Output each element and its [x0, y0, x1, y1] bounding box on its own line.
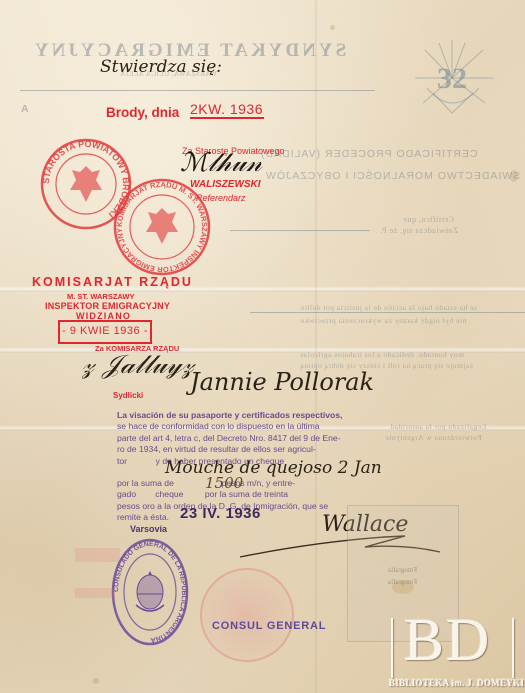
visa-line: parte del art 4, letra c, del Decreto Nr… [117, 433, 357, 444]
komisarjat-title: KOMISARJAT RZĄDU [32, 275, 193, 289]
svg-text:32: 32 [437, 62, 467, 95]
certificate-line-1: CERTIFICADO PROCEDER (VALIDAD) [260, 148, 477, 160]
faded-red-stamp [200, 568, 294, 662]
amount-handwritten: 1500 [205, 474, 243, 492]
mirrored-body-line: nie był nigdy karany za wykroczenia prze… [300, 316, 466, 325]
argentine-consulate-stamp: CONSULADO GENERAL DE LA REPUBLICA ARGENT… [110, 537, 190, 647]
komisarjat-signer: Sydlicki [113, 391, 143, 400]
argentine-coat-of-arms-icon: CONSULADO GENERAL DE LA REPUBLICA ARGENT… [110, 537, 190, 647]
sunburst-emblem-icon: 32 [405, 38, 500, 116]
komisarjat-city: M. ST. WARSZAWY [67, 292, 135, 301]
mirrored-body-line: se ha estado bajo la acción de la justic… [300, 303, 477, 312]
mirrored-body-line: Potwierdzono w Argentynie [385, 433, 482, 442]
visa-line: ro de 1934, en virtud de resultar de ell… [117, 444, 357, 455]
komisarjat-inspector: INSPEKTOR EMIGRACYJNY [45, 301, 170, 311]
mirrored-body-line: muy honrado, dedicado a los trabajos agr… [300, 350, 464, 359]
visa-line: La visación de su pasaporte y certificad… [117, 410, 357, 421]
komisarjat-signature: 𝓏 𝒥𝒶𝓁𝓁𝓊𝓎𝓏 [82, 350, 194, 381]
place-date: 2KW. 1936 [190, 101, 264, 119]
certificate-line-4: Zaświadcza się, że P. [380, 226, 458, 235]
consul-general-title: CONSUL GENERAL [212, 620, 326, 632]
body-rule [250, 312, 525, 313]
visa-date-stamp: 23 IV. 1936 [180, 505, 261, 522]
komisarjat-round-stamp: KOMISARJAT RZĄDU M. ST. WARSZAWY INSPEKT… [113, 178, 211, 276]
place-label: Brody, dnia [106, 105, 179, 120]
faded-red-bleed [75, 548, 120, 562]
visa-line: se hace de conformidad con lo dispuesto … [117, 421, 357, 432]
visa-handwritten-fill: Mouche de quejoso 2 Jan [165, 458, 382, 478]
faded-red-bleed [75, 588, 115, 598]
certificate-line-3: Certifico, que [403, 215, 454, 224]
photo-label: Fotografía [388, 566, 417, 574]
watermark-caption: BIBLIOTEKA im. J. DOMEYKI [389, 678, 524, 688]
komisarjat-date-box: - 9 KWIE 1936 - [58, 320, 152, 344]
watermark-bar [391, 618, 393, 678]
mirrored-body-line: Legalizado por la autoridad [390, 422, 486, 431]
visa-city: Varsovia [130, 524, 167, 534]
eagle-seal-icon: KOMISARJAT RZĄDU M. ST. WARSZAWY INSPEKT… [113, 178, 211, 276]
starosta-signature: ℳ𝓁𝒽𝓊𝓃 [180, 148, 262, 179]
paper-crease [315, 0, 317, 693]
stain [330, 25, 335, 30]
certificate-rule [230, 230, 370, 231]
watermark-letters: BD [404, 606, 491, 675]
emblem: 32 [405, 38, 500, 116]
komisarjat-date: - 9 KWIE 1936 - [60, 325, 150, 337]
letterhead-rule [20, 90, 375, 91]
handwritten-name: Jannie Pollorak [190, 368, 374, 396]
stain [93, 678, 99, 684]
section-letter: A [20, 103, 29, 115]
handwritten-note: Stwierdza się: [100, 57, 222, 77]
photo-label: Fotografía [388, 578, 417, 586]
watermark-bar [512, 618, 514, 678]
certificate-line-2: SWIADECTWO MORALNOŚCI I OBYCZAJÓW [265, 170, 520, 182]
